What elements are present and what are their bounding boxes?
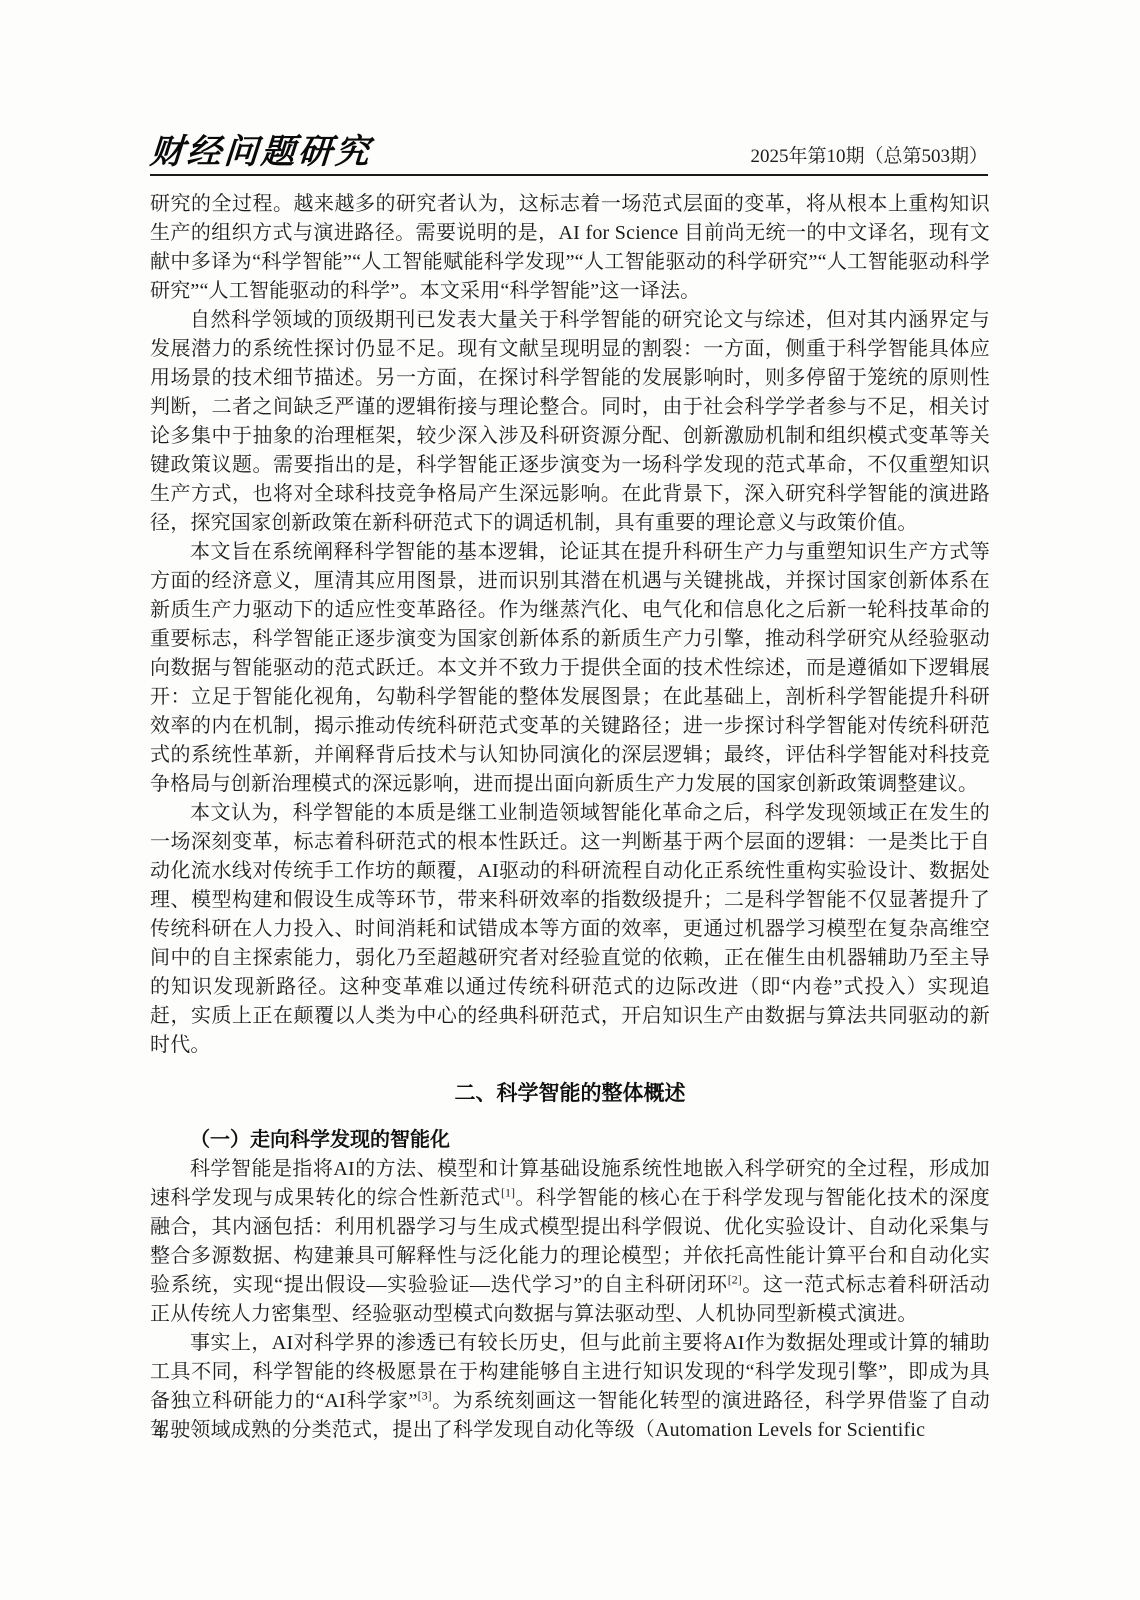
paragraph-6: 事实上，AI对科学界的渗透已有较长历史，但与此前主要将AI作为数据处理或计算的辅… bbox=[150, 1329, 990, 1445]
paragraph-4: 本文认为，科学智能的本质是继工业制造领域智能化革命之后，科学发现领域正在发生的一… bbox=[150, 799, 990, 1060]
ref-marker-1: [1] bbox=[501, 1185, 515, 1199]
paragraph-3: 本文旨在系统阐释科学智能的基本逻辑，论证其在提升科研生产力与重塑知识生产方式等方… bbox=[150, 538, 990, 799]
section-heading: 二、科学智能的整体概述 bbox=[150, 1079, 990, 1108]
paragraph-1: 研究的全过程。越来越多的研究者认为，这标志着一场范式层面的变革，将从根本上重构知… bbox=[150, 190, 990, 306]
article-body: 研究的全过程。越来越多的研究者认为，这标志着一场范式层面的变革，将从根本上重构知… bbox=[150, 190, 990, 1445]
journal-page: 财经问题研究 2025年第10期（总第503期） 研究的全过程。越来越多的研究者… bbox=[0, 0, 1140, 1600]
page-header: 财经问题研究 2025年第10期（总第503期） bbox=[150, 122, 988, 176]
journal-logo: 财经问题研究 bbox=[149, 135, 373, 169]
page-number: 4 bbox=[154, 1422, 164, 1444]
paragraph-5: 科学智能是指将AI的方法、模型和计算基础设施系统性地嵌入科学研究的全过程，形成加… bbox=[150, 1155, 990, 1329]
ref-marker-2: [2] bbox=[728, 1272, 742, 1286]
issue-info: 2025年第10期（总第503期） bbox=[750, 146, 988, 169]
paragraph-2: 自然科学领域的顶级期刊已发表大量关于科学智能的研究论文与综述，但对其内涵界定与发… bbox=[150, 306, 990, 538]
ref-marker-3: [3] bbox=[418, 1388, 432, 1402]
subsection-heading: （一）走向科学发现的智能化 bbox=[150, 1126, 990, 1155]
